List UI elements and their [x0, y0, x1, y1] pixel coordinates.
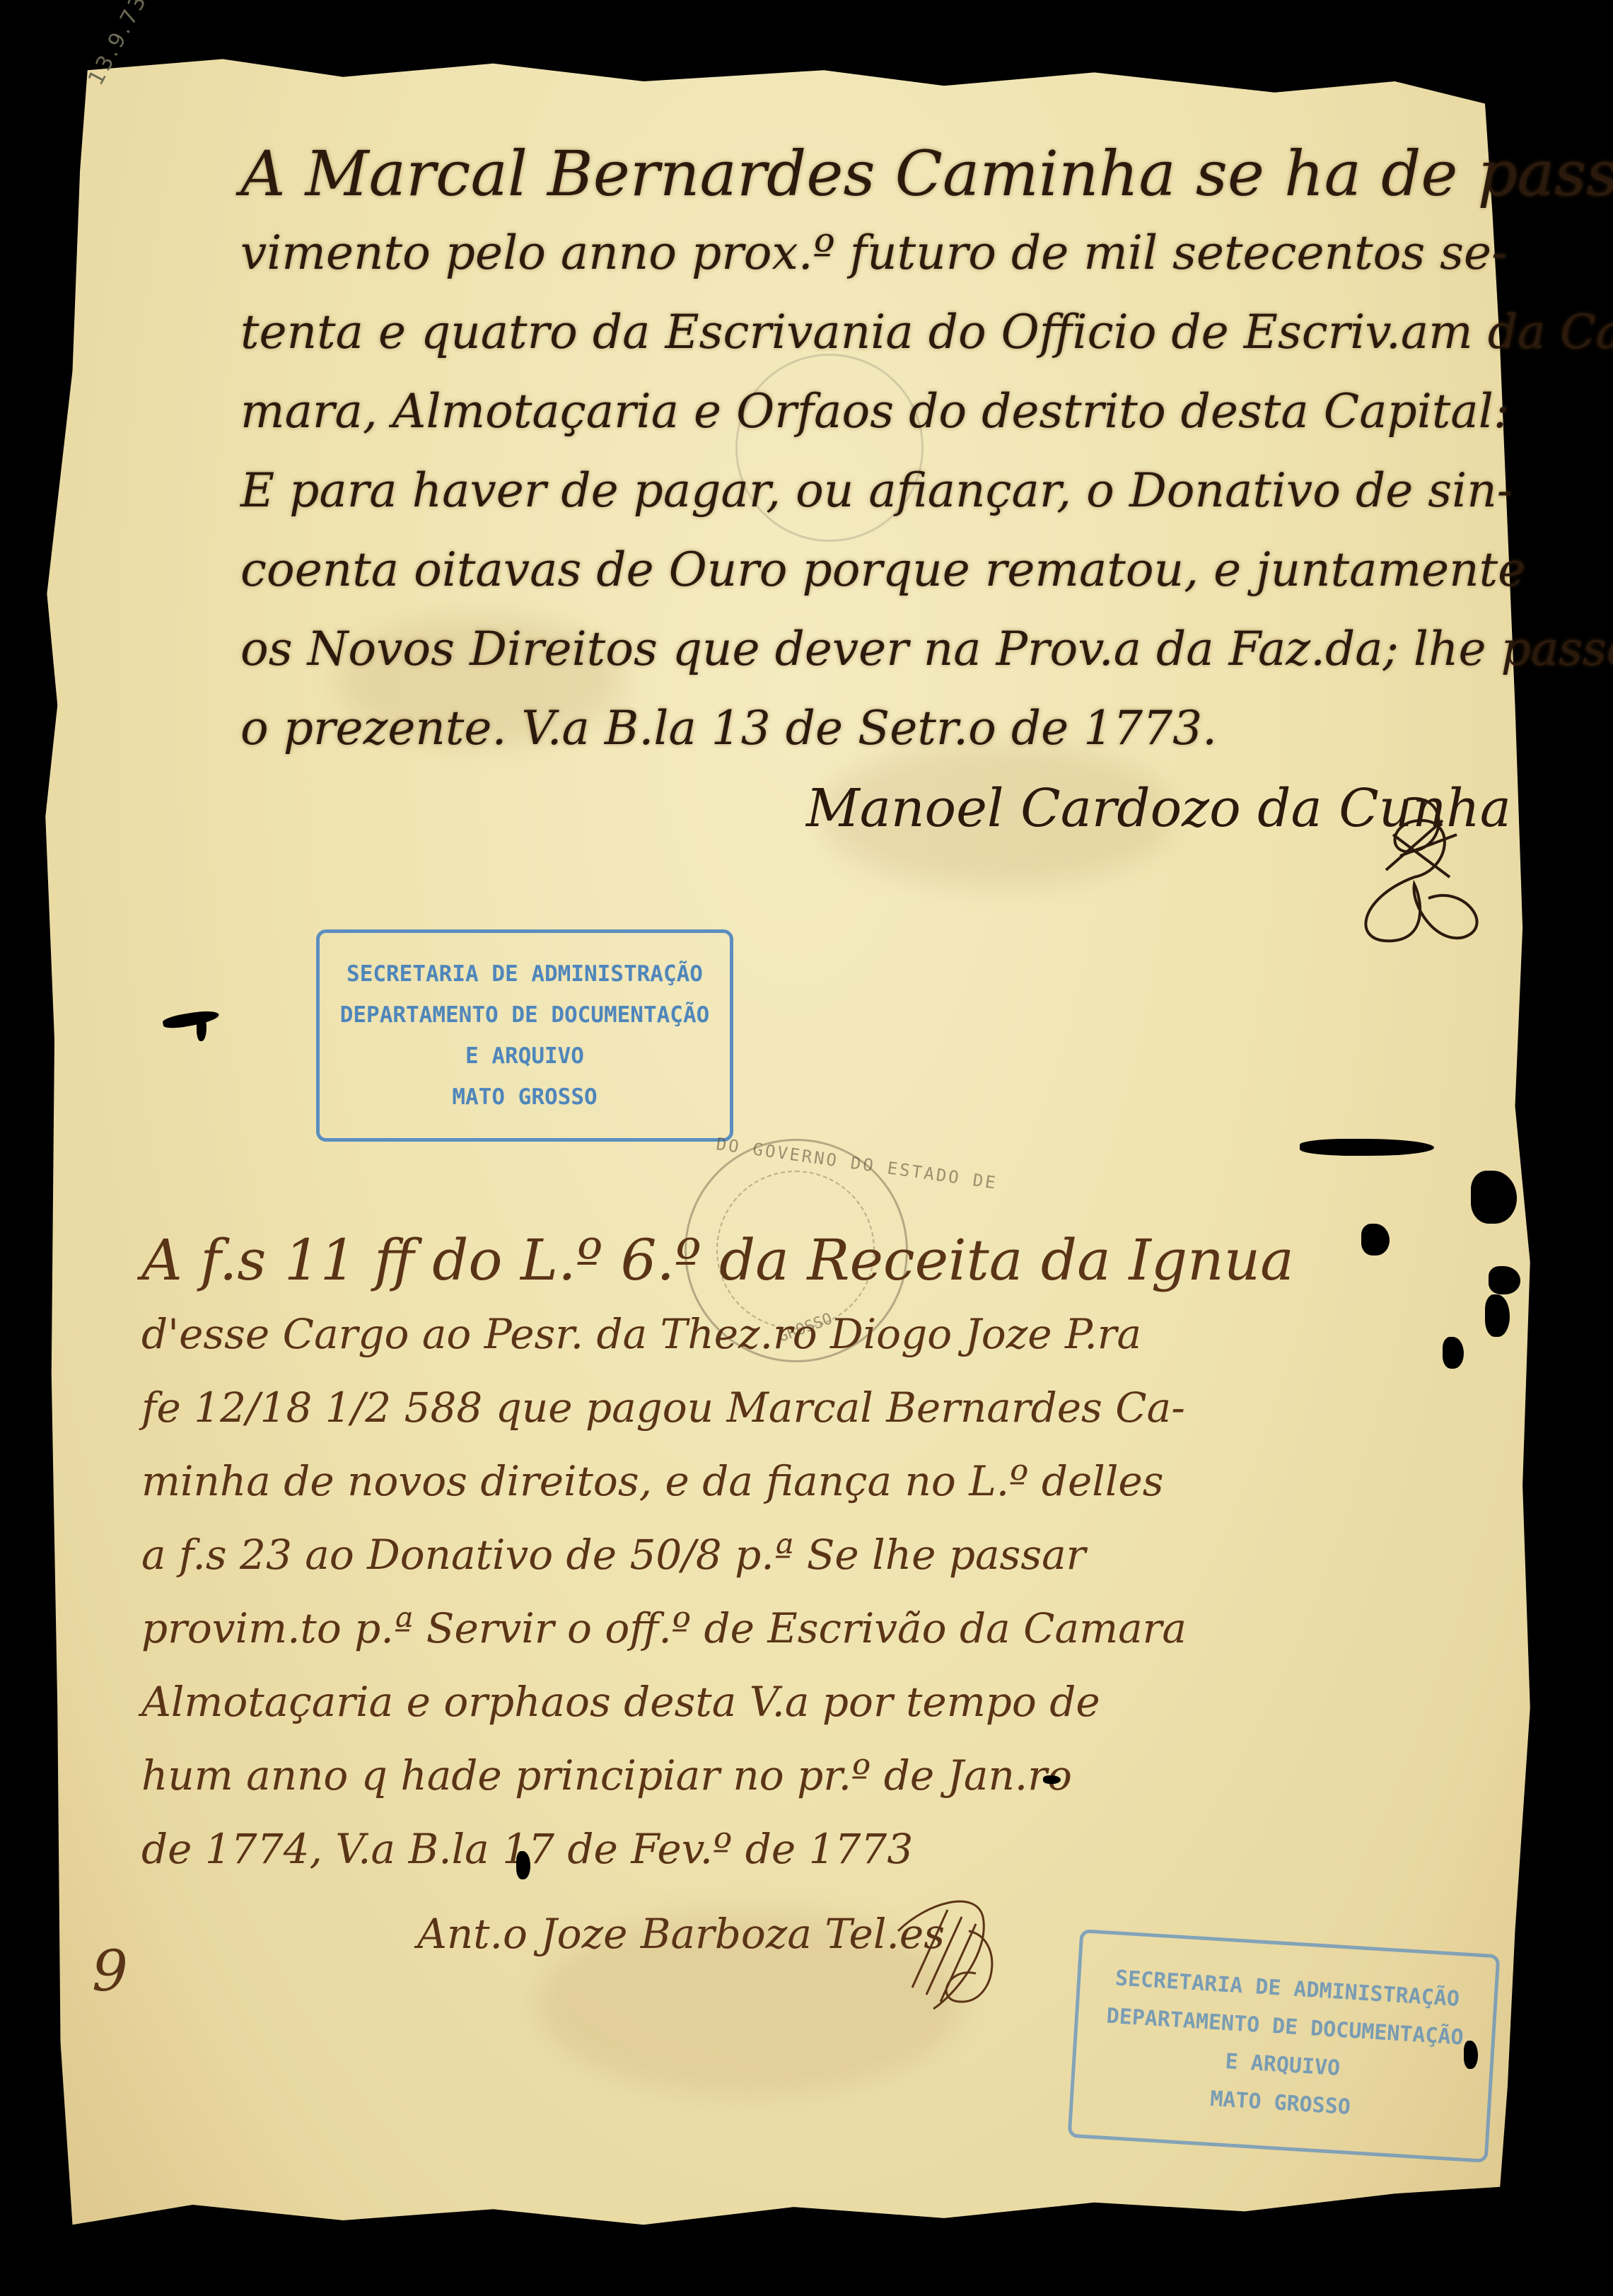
archive-stamp-faded: SECRETARIA DE ADMINISTRAÇÃO DEPARTAMENTO…: [1068, 1929, 1501, 2163]
text-line: A f.s 11 ff do L.º 6.º da Receita da Ign…: [141, 1224, 1294, 1297]
text-line: E para haver de pagar, ou afiançar, o Do…: [240, 451, 1613, 530]
signature-antonio-barboza: Ant.o Joze Barboza Tel.es: [417, 1910, 945, 1958]
stamp-line: E ARQUIVO: [320, 1036, 730, 1077]
text-line: a f.s 23 ao Donativo de 50/8 p.ª Se lhe …: [141, 1518, 1294, 1591]
paper-hole: [1471, 1171, 1517, 1224]
signature-rubric-icon: [870, 1889, 1011, 2016]
paper-hole: [197, 1013, 206, 1041]
text-line: os Novos Direitos que dever na Prov.a da…: [240, 610, 1613, 689]
paper-hole: [516, 1851, 530, 1879]
paper-hole: [1043, 1775, 1061, 1784]
paper-hole: [1300, 1139, 1434, 1156]
text-line: coenta oitavas de Ouro porque rematou, e…: [240, 530, 1613, 610]
stamp-line: MATO GROSSO: [320, 1077, 730, 1118]
folio-number: 9: [92, 1938, 128, 2004]
stamp-line: DEPARTAMENTO DE DOCUMENTAÇÃO: [320, 995, 730, 1036]
payment-certification-text: A f.s 11 ff do L.º 6.º da Receita da Ign…: [141, 1224, 1294, 1886]
text-line: d'esse Cargo ao Pesr. da Thez.ro Diogo J…: [141, 1297, 1294, 1371]
paper-hole: [1464, 2041, 1478, 2069]
text-line: A Marcal Bernardes Caminha se ha de pass…: [240, 134, 1613, 214]
text-line: de 1774, V.a B.la 17 de Fev.º de 1773: [141, 1812, 1294, 1886]
paper-hole: [1443, 1337, 1464, 1369]
stamp-line: SECRETARIA DE ADMINISTRAÇÃO: [320, 953, 730, 995]
text-line: Almotaçaria e orphaos desta V.a por temp…: [141, 1665, 1294, 1739]
text-line: minha de novos direitos, e da fiança no …: [141, 1444, 1294, 1518]
text-line: vimento pelo anno prox.º futuro de mil s…: [240, 214, 1613, 293]
text-line: o prezente. V.a B.la 13 de Setr.o de 177…: [240, 689, 1613, 768]
signature-rubric-icon: [1344, 792, 1485, 948]
paper-hole: [1489, 1266, 1520, 1294]
text-line: tenta e quatro da Escrivania do Officio …: [240, 293, 1613, 372]
paper-hole: [1485, 1294, 1510, 1337]
main-provision-text: A Marcal Bernardes Caminha se ha de pass…: [240, 134, 1613, 768]
text-line: hum anno q hade principiar no pr.º de Ja…: [141, 1739, 1294, 1812]
archive-stamp: SECRETARIA DE ADMINISTRAÇÃO DEPARTAMENTO…: [316, 929, 733, 1142]
text-line: mara, Almotaçaria e Orfaos do destrito d…: [240, 372, 1613, 451]
paper-hole: [1361, 1224, 1390, 1256]
text-line: provim.to p.ª Servir o off.º de Escrivão…: [141, 1591, 1294, 1665]
text-line: fe 12/18 1/2 588 que pagou Marcal Bernar…: [141, 1371, 1294, 1444]
